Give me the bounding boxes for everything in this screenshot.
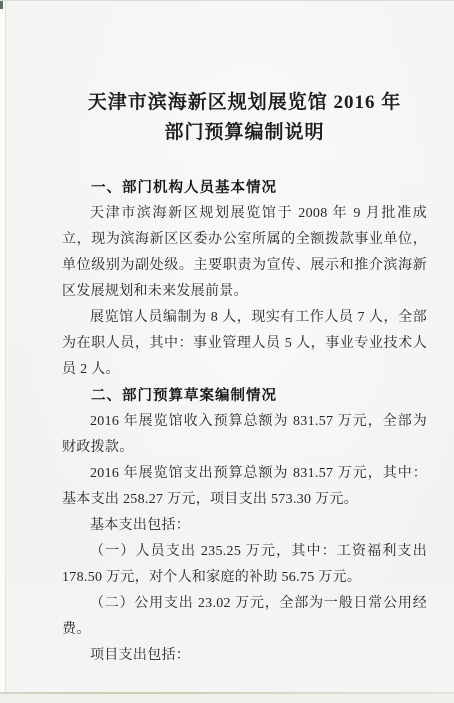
scan-top-edge [0,0,454,1]
document-title-line2: 部门预算编制说明 [62,118,427,148]
document-title: 天津市滨海新区规划展览馆 2016 年 部门预算编制说明 [62,88,427,148]
document-body: 天津市滨海新区规划展览馆 2016 年 部门预算编制说明 一、部门机构人员基本情… [62,88,427,669]
scan-corner-mark [0,0,3,9]
paragraph-public-expenditure: （二）公用支出 23.02 万元，全部为一般日常公用经费。 [62,591,427,643]
scanned-document-page: 天津市滨海新区规划展览馆 2016 年 部门预算编制说明 一、部门机构人员基本情… [0,0,454,703]
paragraph-project-expenditure-intro: 项目支出包括： [62,643,427,669]
scan-bottom-strip [0,694,454,703]
paragraph-basic-expenditure-intro: 基本支出包括： [62,513,427,539]
paragraph-expenditure-budget: 2016 年展览馆支出预算总额为 831.57 万元，其中：基本支出 258.2… [62,461,427,513]
paragraph-personnel-expenditure: （一）人员支出 235.25 万元，其中：工资福利支出 178.50 万元，对个… [62,539,427,591]
scan-left-edge-strip [0,0,6,703]
section-heading-2: 二、部门预算草案编制情况 [62,383,427,409]
section-heading-1: 一、部门机构人员基本情况 [62,175,427,201]
paragraph-revenue-budget: 2016 年展览馆收入预算总额为 831.57 万元，全部为财政拨款。 [62,409,427,461]
paragraph-org-overview: 天津市滨海新区规划展览馆于 2008 年 9 月批准成立，现为滨海新区区委办公室… [62,201,427,305]
document-title-line1: 天津市滨海新区规划展览馆 2016 年 [62,88,427,118]
paragraph-staffing: 展览馆人员编制为 8 人，现实有工作人员 7 人，全部为在职人员，其中：事业管理… [62,305,427,383]
